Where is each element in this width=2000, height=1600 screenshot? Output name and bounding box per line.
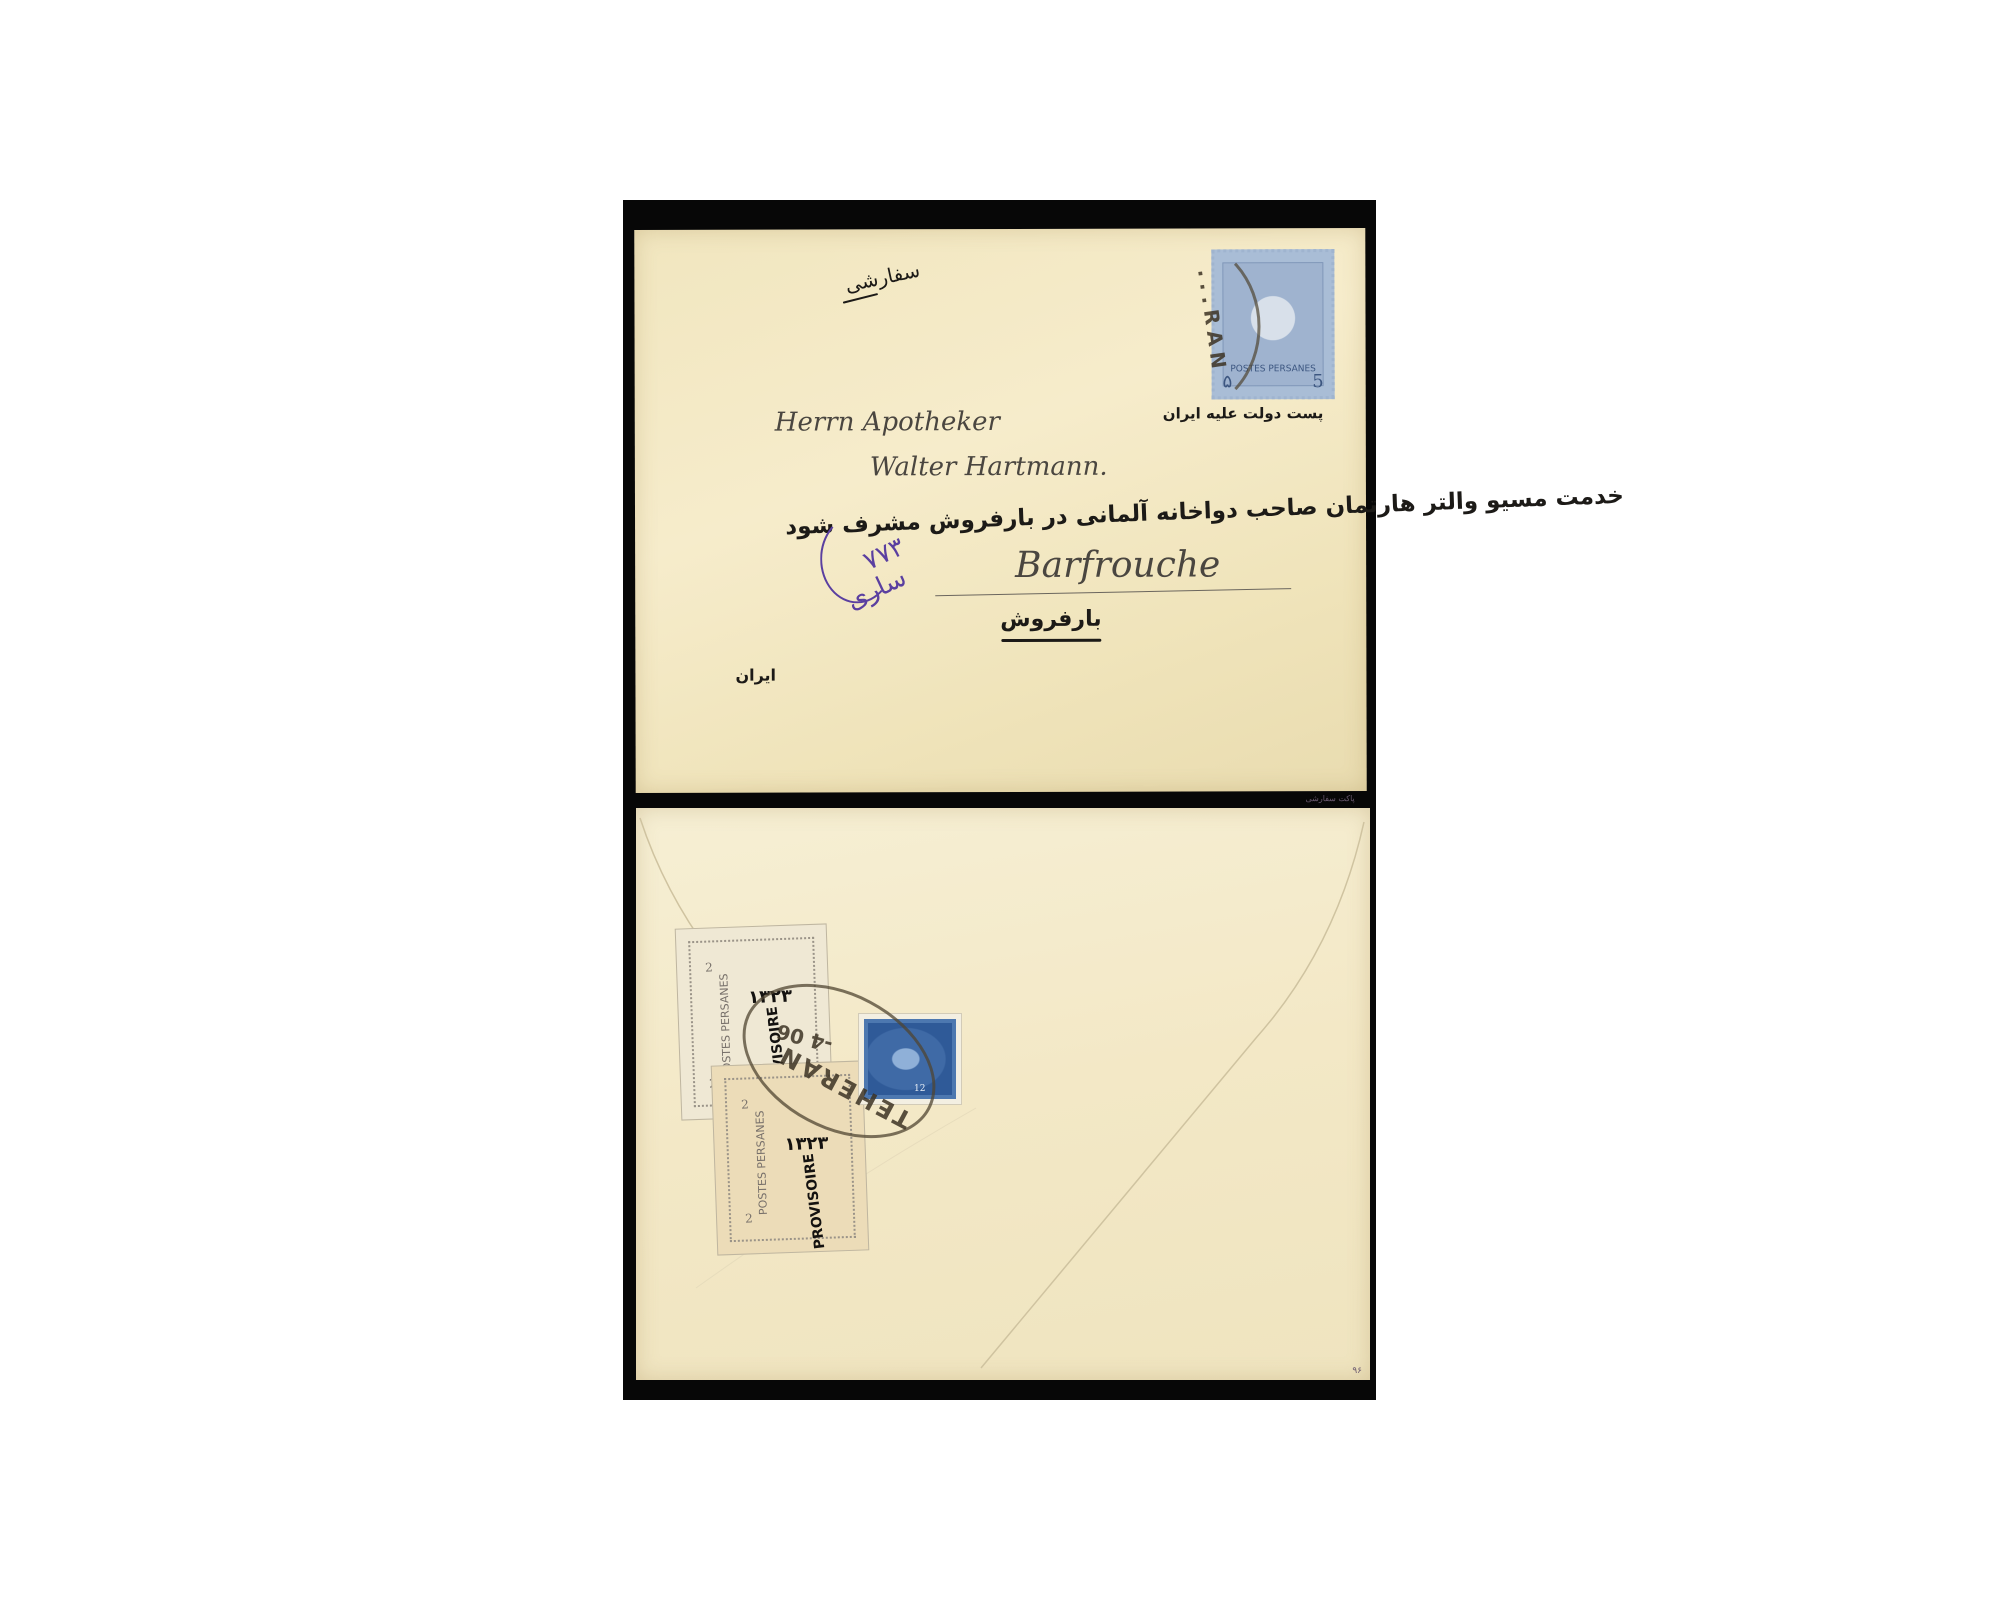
envelope-front: سفارشی POSTES PERSANES ۵ 5 پست دولت علیه… xyxy=(634,228,1366,793)
origin-persian: ایران xyxy=(735,666,776,685)
pencil-note: پاکت سفارشی xyxy=(1305,794,1354,803)
stamp-value: 2 xyxy=(745,1211,753,1225)
address-line-1: Herrn Apotheker xyxy=(775,407,1000,438)
envelope-back: 2 2 POSTES PERSANES ۱۳۲۳ PROVISOIRE 2 2 … xyxy=(636,808,1370,1380)
address-persian: خدمت مسیو والتر هارتمان صاحب دواخانه آلم… xyxy=(785,483,1625,540)
address-line-2: Walter Hartmann. xyxy=(870,452,1108,483)
corner-mark: ۹۶ xyxy=(1352,1366,1362,1376)
city-persian: بارفروش xyxy=(1000,607,1101,632)
violet-loop xyxy=(820,514,894,603)
registration-mark: سفارشی xyxy=(843,258,922,297)
overprint-year: ۱۳۲۳ xyxy=(784,1133,829,1156)
postmark-arc xyxy=(1104,238,1260,414)
city-underline xyxy=(935,588,1291,596)
address-city: Barfrouche xyxy=(1015,544,1220,586)
stamp-value: 5 xyxy=(1312,371,1324,392)
city-persian-underline xyxy=(1001,639,1101,642)
stamp-value: 2 xyxy=(741,1097,749,1111)
stamp-value: 2 xyxy=(705,960,713,974)
